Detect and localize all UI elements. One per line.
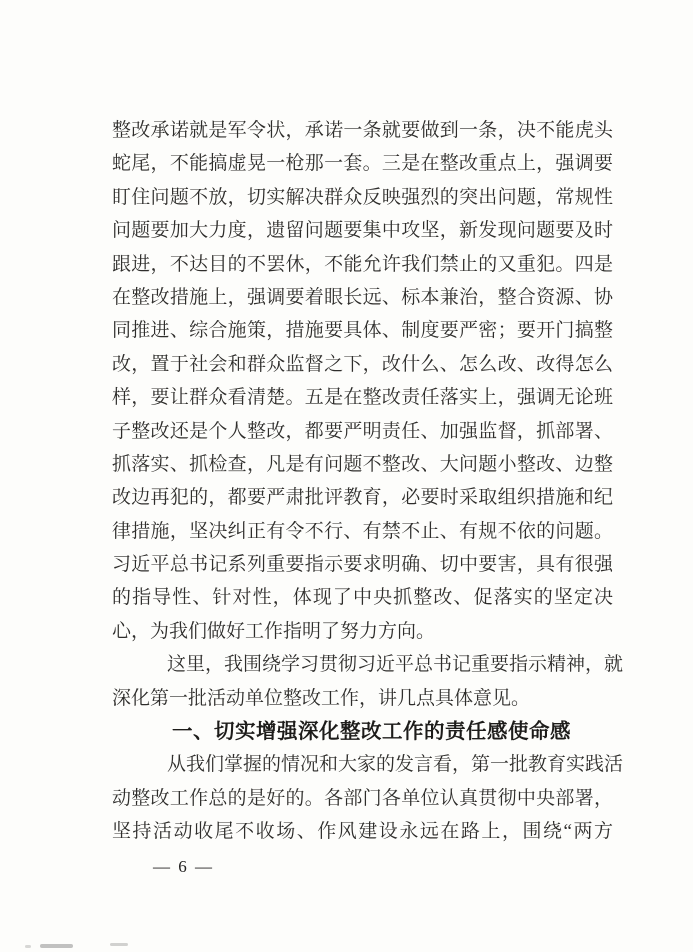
text-line: 子整改还是个人整改，都要严明责任、加强监督，抓部署、 xyxy=(112,415,613,448)
text-line: 律措施，坚决纠正有令不行、有禁不止、有规不依的问题。 xyxy=(112,515,613,548)
text-line: 整改承诺就是军令状，承诺一条就要做到一条，决不能虎头 xyxy=(112,114,613,147)
text-line: 改，置于社会和群众监督之下，改什么、怎么改、改得怎么 xyxy=(112,348,613,381)
text-line: 心，为我们做好工作指明了努力方向。 xyxy=(112,615,613,648)
text-line: 蛇尾，不能搞虚晃一枪那一套。三是在整改重点上，强调要 xyxy=(112,147,613,180)
text-line: 盯住问题不放，切实解决群众反映强烈的突出问题，常规性 xyxy=(112,181,613,214)
text-line: 样，要让群众看清楚。五是在整改责任落实上，强调无论班 xyxy=(112,381,613,414)
scan-artifact xyxy=(40,944,73,948)
scan-artifact xyxy=(110,943,128,946)
text-line: 这里，我围绕学习贯彻习近平总书记重要指示精神，就 xyxy=(112,648,613,681)
text-line: 坚持活动收尾不收场、作风建设永远在路上，围绕“两方 xyxy=(112,815,613,848)
page-number: — 6 — xyxy=(112,852,613,882)
text-line: 的指导性、针对性，体现了中央抓整改、促落实的坚定决 xyxy=(112,581,613,614)
text-line: 抓落实、抓检查，凡是有问题不整改、大问题小整改、边整 xyxy=(112,448,613,481)
text-line: 同推进、综合施策，措施要具体、制度要严密；要开门搞整 xyxy=(112,314,613,347)
text-line: 在整改措施上，强调要着眼长远、标本兼治，整合资源、协 xyxy=(112,281,613,314)
scanned-document-page: 整改承诺就是军令状，承诺一条就要做到一条，决不能虎头 蛇尾，不能搞虚晃一枪那一套… xyxy=(0,0,693,952)
document-body: 整改承诺就是军令状，承诺一条就要做到一条，决不能虎头 蛇尾，不能搞虚晃一枪那一套… xyxy=(112,114,613,882)
text-line: 跟进，不达目的不罢休，不能允许我们禁止的又重犯。四是 xyxy=(112,248,613,281)
text-line: 改边再犯的，都要严肃批评教育，必要时采取组织措施和纪 xyxy=(112,481,613,514)
section-heading: 一、切实增强深化整改工作的责任感使命感 xyxy=(112,715,613,748)
text-line: 深化第一批活动单位整改工作，讲几点具体意见。 xyxy=(112,682,613,715)
text-line: 动整改工作总的是好的。各部门各单位认真贯彻中央部署， xyxy=(112,782,613,815)
text-line: 从我们掌握的情况和大家的发言看，第一批教育实践活 xyxy=(112,748,613,781)
text-line: 问题要加大力度，遗留问题要集中攻坚，新发现问题要及时 xyxy=(112,214,613,247)
scan-artifact xyxy=(25,945,31,948)
text-line: 习近平总书记系列重要指示要求明确、切中要害，具有很强 xyxy=(112,548,613,581)
